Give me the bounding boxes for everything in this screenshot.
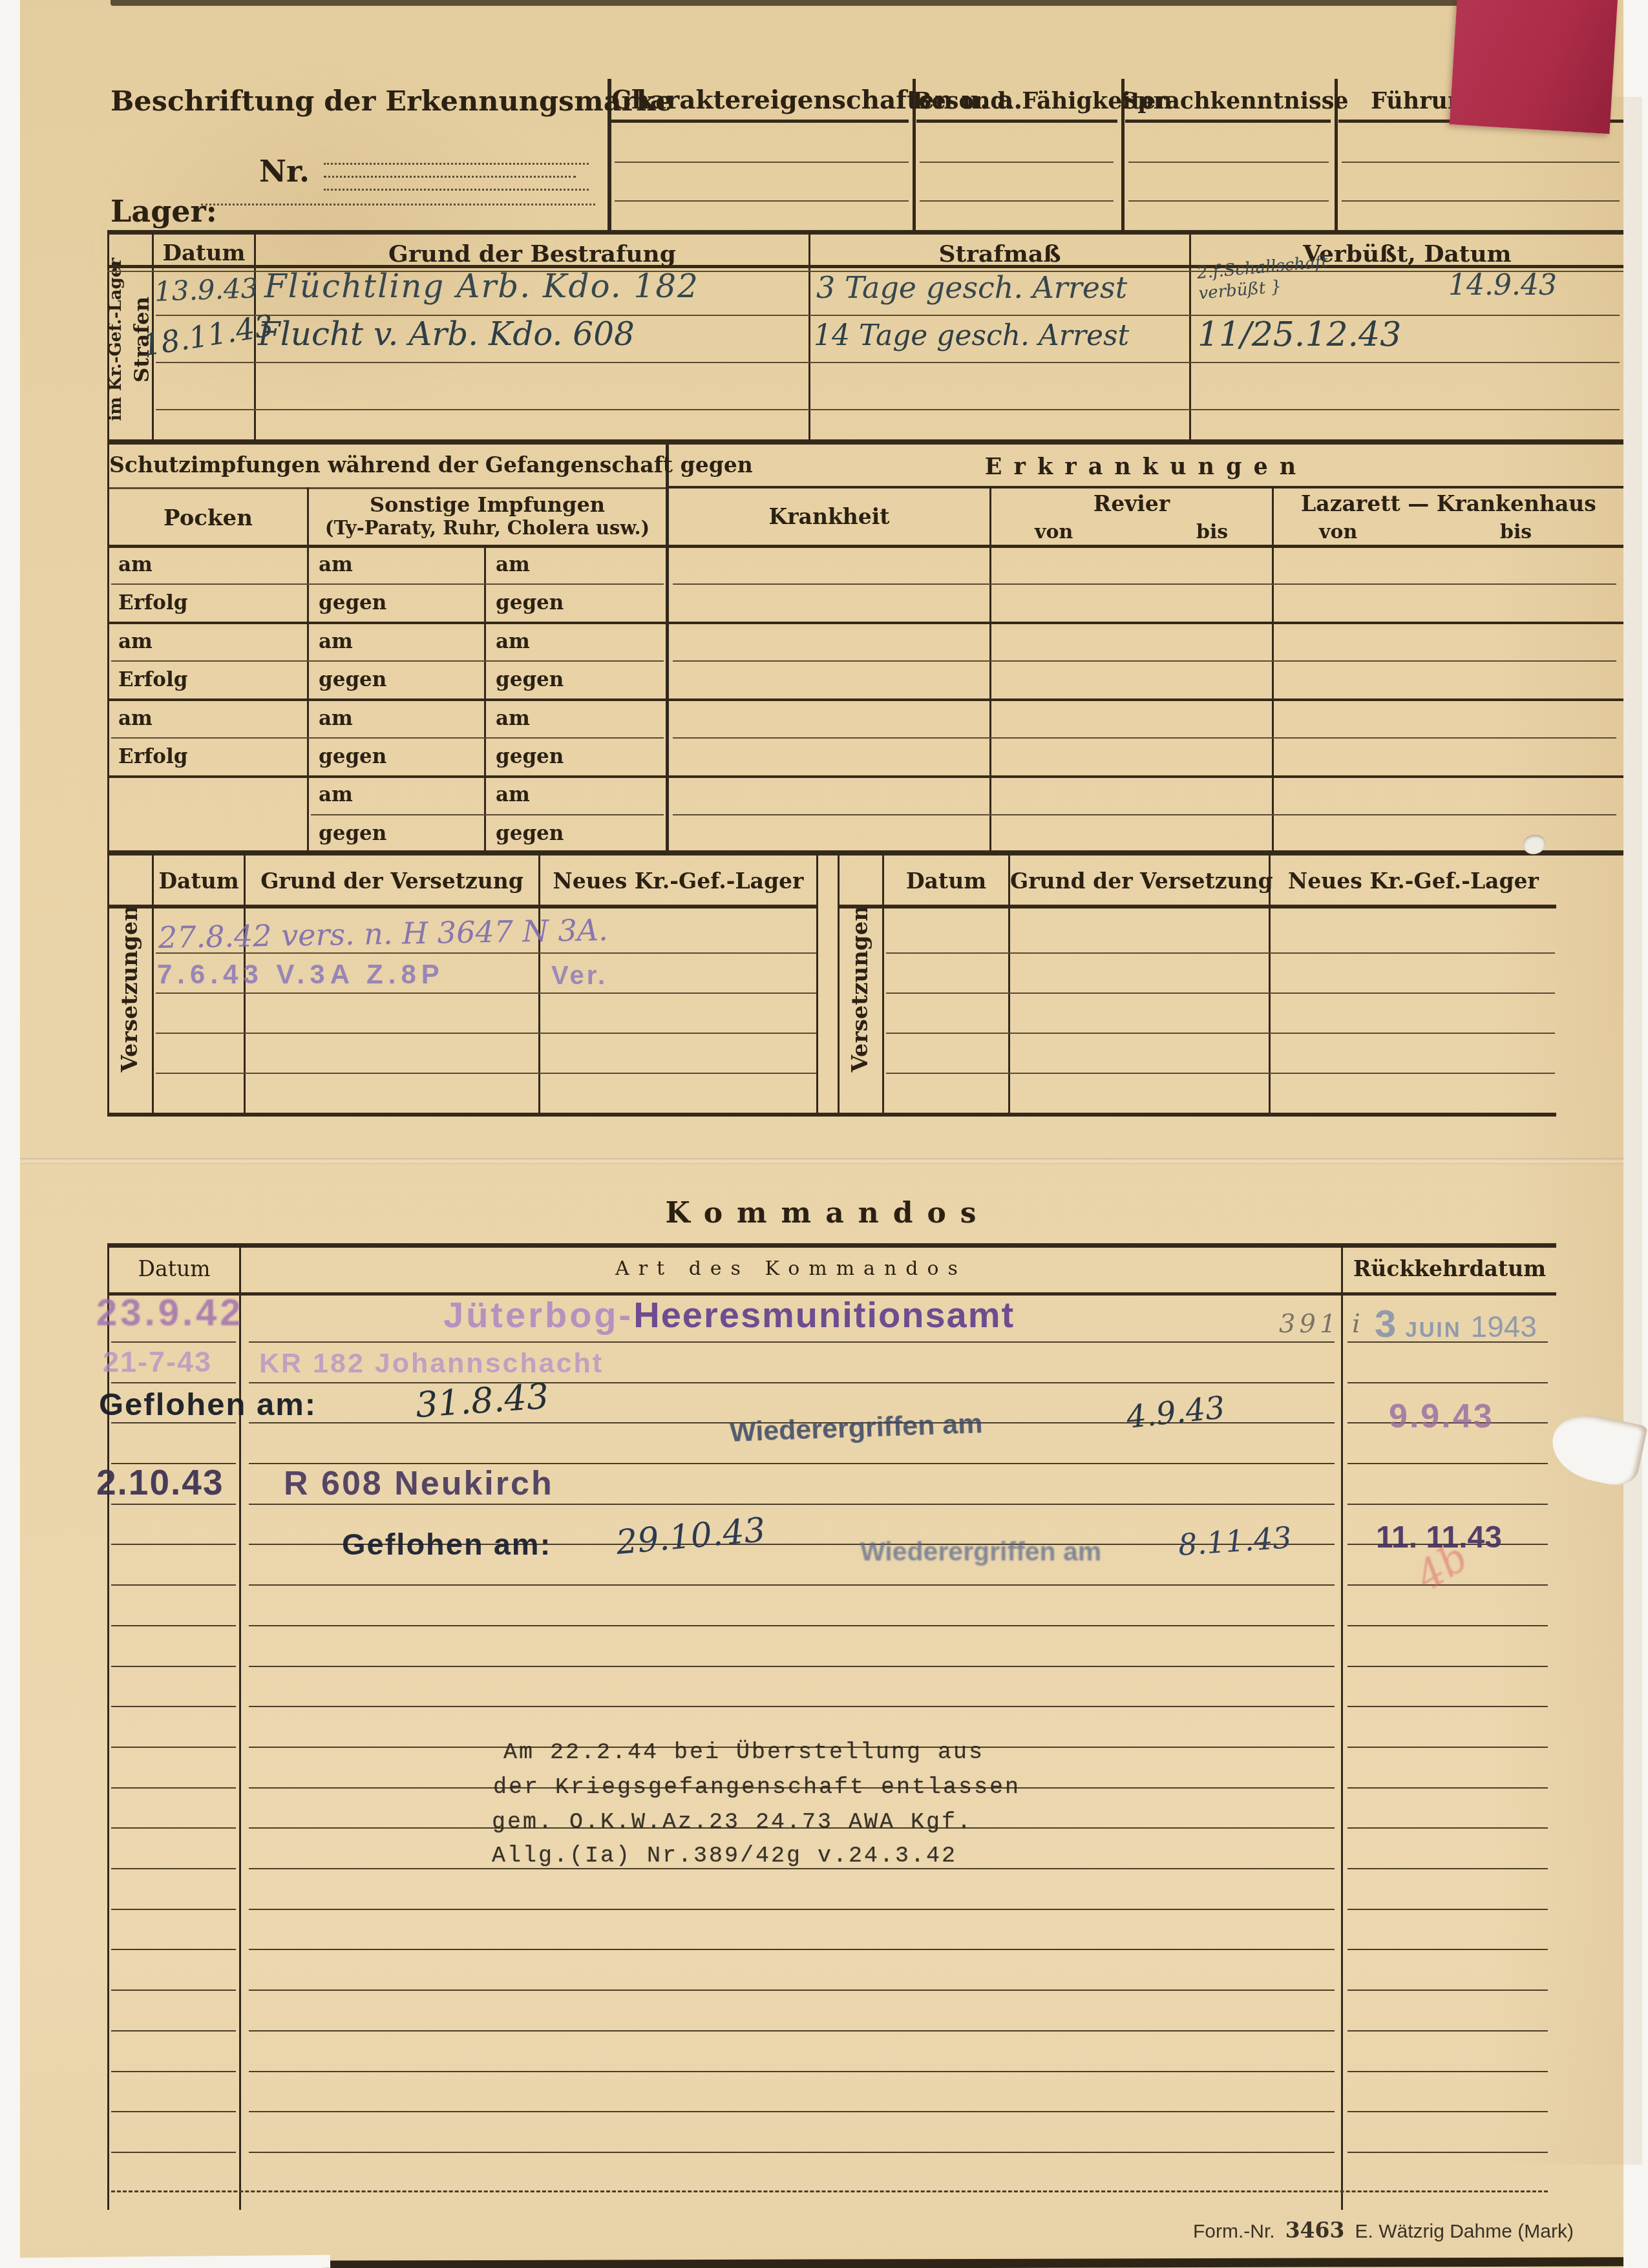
grid-line: [886, 1033, 1555, 1034]
grid-cell-gegen: gegen: [496, 822, 564, 845]
strafen-row1-grund: Flüchtling Arb. Kdo. 182: [264, 268, 699, 305]
grid-line: [156, 1033, 816, 1034]
grid-cell-am: am: [118, 707, 153, 730]
col-header-sonstige-2: (Ty-Paraty, Ruhr, Cholera usw.): [309, 517, 666, 539]
kommando-entry2-datum-stamp: 21-7-43: [103, 1345, 212, 1379]
grid-line: [156, 1073, 816, 1074]
typed-note-line2: der Kriegsgefangenschaft entlassen: [493, 1774, 1020, 1800]
grid-line: [156, 362, 1620, 363]
kommando-entry4-art-stamp: R 608 Neukirch: [284, 1464, 554, 1503]
grid-cell-am: am: [496, 707, 530, 730]
grid-cell-am: am: [496, 783, 530, 806]
grid-line: [1128, 162, 1329, 163]
grid-line: [111, 583, 664, 585]
grid-line: [1272, 486, 1274, 854]
grid-line: [1342, 200, 1620, 202]
grid-cell-am: am: [118, 630, 153, 653]
grid-line: [111, 660, 664, 662]
grid-line: [1341, 1243, 1343, 2210]
field-label-charakter: Charaktereigenschaften u. a.: [611, 85, 913, 115]
kommando-entry2-art-stamp: KR 182 Johannschacht: [259, 1348, 604, 1380]
col-header-versetzung-lager: Neues Kr.-Gef.-Lager: [1271, 868, 1556, 894]
versetzung-row2-stamp: 7.6.43 V.3A Z.8P: [157, 959, 445, 990]
grid-line: [886, 952, 1555, 954]
paper-tear-right: [1546, 1408, 1648, 1490]
col-header-lazarett-bis: bis: [1500, 521, 1532, 543]
grid-line: [107, 698, 1623, 701]
grid-line: [1125, 120, 1331, 123]
grid-cell-gegen: gegen: [319, 822, 386, 845]
grid-cell-erfolg: Erfolg: [118, 591, 187, 614]
fold-crease: [20, 1158, 1623, 1164]
grid-line: [989, 486, 991, 854]
kommando-entry4-datum-stamp: 2.10.43: [96, 1462, 224, 1503]
col-header-kommando-art: Art des Kommandos: [241, 1257, 1341, 1280]
form-publisher: E. Wätzrig Dahme (Mark): [1355, 2221, 1574, 2243]
grid-cell-am: am: [496, 553, 530, 576]
grid-line: [673, 814, 1616, 815]
grid-line: [669, 486, 1623, 488]
kommando-entry3-geflohen-stamp: Geflohen am:: [99, 1387, 317, 1423]
form-footer: Form.-Nr. 3463 E. Wätzrig Dahme (Mark): [1193, 2218, 1574, 2243]
ruled-line-dashed: [111, 2190, 1548, 2192]
grid-line: [107, 1113, 1556, 1117]
col-header-versetzung-grund: Grund der Versetzung: [1010, 868, 1269, 894]
col-header-krankheit: Krankheit: [669, 504, 989, 529]
col-header-versetzung-grund: Grund der Versetzung: [246, 868, 538, 894]
field-label-lager: Lager:: [111, 194, 217, 229]
versetzungen-side-label-right: Versetzungen: [838, 866, 883, 1111]
kommando-entry5-wieder-stamp: Wiederergriffen am: [860, 1537, 1101, 1567]
col-header-strafmass: Strafmaß: [810, 240, 1189, 268]
date-stamp-day: 3: [1375, 1301, 1396, 1346]
section-title-schutzimpfungen: Schutzimpfungen während der Gefangenscha…: [109, 452, 666, 478]
strafen-row1-datum: 13.9.43: [154, 272, 259, 308]
col-header-revier: Revier: [991, 491, 1272, 516]
col-header-kommando-datum: Datum: [109, 1256, 239, 1281]
grid-cell-gegen: gegen: [496, 591, 564, 614]
grid-line: [156, 409, 1620, 410]
versetzungen-side-label-text: Versetzungen: [117, 905, 143, 1072]
grid-cell-gegen: gegen: [496, 745, 564, 768]
field-label-erkennungsmarke: Beschriftung der Erkennungsmarke: [111, 85, 576, 118]
kommando-entry3-rueckkehr-stamp: 9.9.43: [1389, 1397, 1494, 1436]
col-header-grund-bestrafung: Grund der Bestrafung: [256, 240, 808, 268]
col-header-lazarett-von: von: [1319, 521, 1357, 543]
col-header-datum: Datum: [154, 240, 254, 266]
grid-cell-erfolg: Erfolg: [118, 668, 187, 691]
strafen-side-label-line2: im Kr.-Gef.-Lager: [106, 258, 125, 421]
col-header-versetzung-datum: Datum: [884, 868, 1008, 894]
kommando-entry1-art-stamp: Jüterbog-Heeresmunitionsamt: [443, 1294, 1015, 1336]
grid-line: [1128, 200, 1329, 202]
strafen-row2-verbuesst-datum: 11/25.12.43: [1198, 315, 1401, 354]
scan-bottom-edge: [314, 2257, 1623, 2268]
strafen-row1-strafmass: 3 Tage gesch. Arrest: [816, 270, 1127, 305]
col-header-versetzung-datum: Datum: [154, 868, 244, 894]
grid-line: [307, 487, 309, 854]
grid-line: [886, 1073, 1555, 1074]
field-label-sprachen: Sprachkenntnisse: [1121, 88, 1335, 114]
col-header-rueckkehrdatum: Rückkehrdatum: [1343, 1256, 1556, 1281]
grid-line: [107, 230, 1623, 235]
col-header-revier-von: von: [1035, 521, 1073, 543]
grid-line: [838, 905, 1556, 908]
grid-line: [673, 583, 1616, 585]
grid-line: [311, 814, 664, 815]
grid-line: [673, 737, 1616, 739]
versetzung-row1-entry: 27.8.42 vers. n. H 3647 N 3A.: [158, 912, 608, 955]
grid-line: [107, 439, 1623, 445]
col-header-versetzung-lager: Neues Kr.-Gef.-Lager: [540, 868, 816, 894]
versetzungen-side-label-left: Versetzungen: [107, 866, 153, 1111]
scan-top-edge: [111, 0, 1494, 6]
section-title-erkrankungen: Erkrankungen: [669, 454, 1623, 480]
grid-cell-gegen: gegen: [496, 668, 564, 691]
grid-cell-gegen: gegen: [319, 745, 386, 768]
grid-line: [1342, 162, 1620, 163]
grid-line: [816, 850, 818, 1117]
grid-line: [615, 200, 909, 202]
grid-line: [673, 660, 1616, 662]
field-label-faehigkeiten: Besond. Fähigkeiten: [913, 88, 1121, 114]
grid-line: [109, 487, 666, 489]
form-number-label: Form.-Nr.: [1193, 2221, 1275, 2243]
col-header-sonstige-1: Sonstige Impfungen: [309, 492, 666, 517]
grid-cell-am: am: [319, 553, 353, 576]
grid-line: [920, 200, 1114, 202]
grid-line: [107, 1243, 1556, 1248]
scan-bottom-left-gap: [14, 2255, 330, 2268]
kommando-entry1-pencil-note: 391 i: [1279, 1309, 1364, 1339]
grid-line: [156, 992, 816, 994]
grid-line: [615, 162, 909, 163]
grid-cell-gegen: gegen: [319, 591, 386, 614]
grid-line: [107, 622, 1623, 624]
document-paper: Beschriftung der Erkennungsmarke Nr. Lag…: [20, 0, 1623, 2268]
grid-cell-am: am: [496, 630, 530, 653]
scanned-pow-card: { "colors": { "paper": "#e9d3a8", "print…: [0, 0, 1648, 2268]
dotted-fill: [324, 176, 576, 178]
typed-note-line4: Allg.(Ia) Nr.389/42g v.24.3.42: [492, 1843, 957, 1869]
grid-line: [107, 545, 1623, 548]
ruled-lines: [1347, 1341, 1548, 2154]
col-header-pocken: Pocken: [109, 505, 307, 531]
stamp-heeresmunitionsamt: Heeresmunitionsamt: [633, 1294, 1015, 1335]
col-header-lazarett: Lazarett — Krankenhaus: [1274, 491, 1623, 516]
grid-line: [916, 120, 1117, 123]
versetzungen-side-label-text: Versetzungen: [847, 905, 873, 1072]
grid-line: [920, 162, 1114, 163]
grid-line: [107, 905, 818, 908]
dotted-fill: [324, 189, 589, 191]
grid-line: [111, 737, 664, 739]
grid-cell-am: am: [319, 783, 353, 806]
grid-line: [107, 850, 1623, 856]
date-stamp-year: 1943: [1471, 1309, 1537, 1344]
section-title-kommandos: Kommandos: [537, 1197, 1119, 1230]
kommando-entry1-datum-stamp: 23.9.42: [96, 1291, 244, 1334]
typed-note-line3: gem. O.K.W.Az.23 24.73 AWA Kgf.: [492, 1809, 973, 1835]
red-corner-sticker: [1450, 0, 1618, 134]
grid-cell-am: am: [319, 707, 353, 730]
strafen-row2-strafmass: 14 Tage gesch. Arrest: [814, 319, 1129, 352]
grid-cell-am: am: [118, 553, 153, 576]
col-header-revier-bis: bis: [1196, 521, 1228, 543]
dotted-fill: [324, 163, 589, 165]
field-label-nr: Nr.: [259, 154, 310, 189]
kommando-entry1-return-date-stamp: 3 JUIN 1943: [1375, 1301, 1537, 1346]
grid-cell-am: am: [319, 630, 353, 653]
date-stamp-month: JUIN: [1405, 1318, 1461, 1342]
grid-line: [886, 992, 1555, 994]
grid-line: [107, 775, 1623, 778]
stamp-juterbog: Jüterbog-: [443, 1294, 633, 1335]
strafen-row1-verbuesst-datum: 14.9.43: [1448, 269, 1557, 302]
typed-note-line1: Am 22.2.44 bei Überstellung aus: [503, 1739, 984, 1765]
kommando-entry5-geflohen-stamp: Geflohen am:: [342, 1526, 551, 1562]
versetzung-row2-lager-stamp: Ver.: [551, 961, 607, 991]
grid-cell-gegen: gegen: [319, 668, 386, 691]
strafen-row2-grund: Flucht v. Arb. Kdo. 608: [258, 315, 635, 353]
grid-cell-erfolg: Erfolg: [118, 745, 187, 768]
grid-line: [611, 120, 909, 123]
form-number-value: 3463: [1285, 2218, 1345, 2243]
dotted-fill: [201, 204, 595, 205]
